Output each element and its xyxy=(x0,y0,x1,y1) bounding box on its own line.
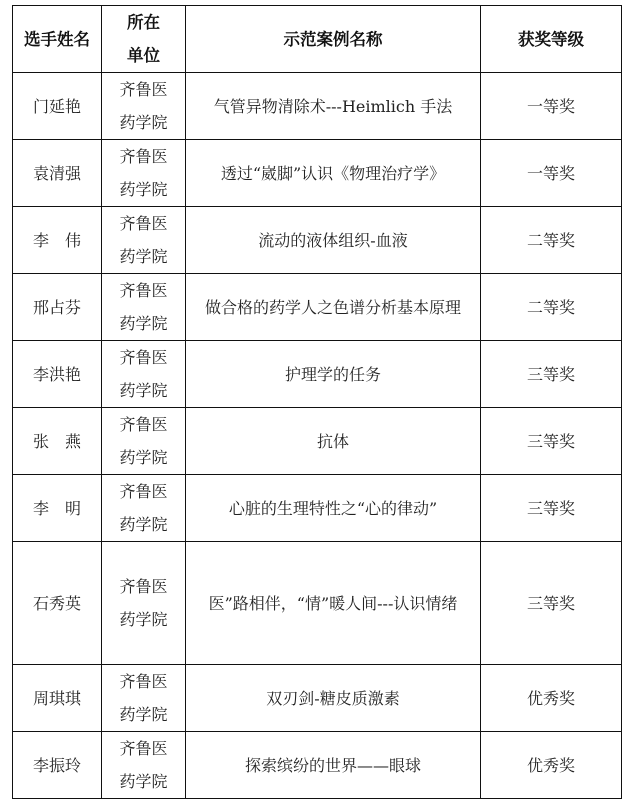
cell-unit: 齐鲁医药学院 xyxy=(102,542,186,665)
cell-award: 三等奖 xyxy=(481,408,622,475)
cell-name: 李 明 xyxy=(13,475,102,542)
cell-case: 双刃剑-糖皮质激素 xyxy=(186,665,481,732)
unit-line2: 药学院 xyxy=(102,240,185,273)
unit-line1: 齐鲁医 xyxy=(102,570,185,603)
unit-line2: 药学院 xyxy=(102,173,185,206)
table-row: 周琪琪 齐鲁医药学院 双刃剑-糖皮质激素 优秀奖 xyxy=(13,665,622,732)
cell-unit: 齐鲁医药学院 xyxy=(102,73,186,140)
award-table: 选手姓名 所在 单位 示范案例名称 获奖等级 门延艳 齐鲁医药学院 气管异物清除… xyxy=(12,5,622,799)
unit-line2: 药学院 xyxy=(102,765,185,798)
unit-line2: 药学院 xyxy=(102,307,185,340)
unit-line1: 齐鲁医 xyxy=(102,73,185,106)
cell-name: 李洪艳 xyxy=(13,341,102,408)
cell-award: 二等奖 xyxy=(481,207,622,274)
cell-name: 李 伟 xyxy=(13,207,102,274)
header-unit-line2: 单位 xyxy=(102,39,185,72)
cell-award: 三等奖 xyxy=(481,542,622,665)
unit-line2: 药学院 xyxy=(102,603,185,636)
cell-name: 门延艳 xyxy=(13,73,102,140)
cell-name: 李振玲 xyxy=(13,732,102,799)
unit-line1: 齐鲁医 xyxy=(102,274,185,307)
table-row: 石秀英 齐鲁医药学院 医”路相伴，“情”暖人间---认识情绪 三等奖 xyxy=(13,542,622,665)
header-award: 获奖等级 xyxy=(481,6,622,73)
unit-line1: 齐鲁医 xyxy=(102,732,185,765)
table-row: 李 伟 齐鲁医药学院 流动的液体组织-血液 二等奖 xyxy=(13,207,622,274)
cell-case: 气管异物清除术---Heimlich 手法 xyxy=(186,73,481,140)
cell-award: 三等奖 xyxy=(481,341,622,408)
cell-unit: 齐鲁医药学院 xyxy=(102,341,186,408)
cell-case: 做合格的药学人之色谱分析基本原理 xyxy=(186,274,481,341)
cell-name: 周琪琪 xyxy=(13,665,102,732)
table-row: 门延艳 齐鲁医药学院 气管异物清除术---Heimlich 手法 一等奖 xyxy=(13,73,622,140)
cell-case: 护理学的任务 xyxy=(186,341,481,408)
cell-unit: 齐鲁医药学院 xyxy=(102,274,186,341)
unit-line2: 药学院 xyxy=(102,441,185,474)
table-row: 袁清强 齐鲁医药学院 透过“崴脚”认识《物理治疗学》 一等奖 xyxy=(13,140,622,207)
cell-case: 流动的液体组织-血液 xyxy=(186,207,481,274)
cell-case: 心脏的生理特性之“心的律动” xyxy=(186,475,481,542)
cell-award: 一等奖 xyxy=(481,73,622,140)
header-row: 选手姓名 所在 单位 示范案例名称 获奖等级 xyxy=(13,6,622,73)
cell-award: 优秀奖 xyxy=(481,732,622,799)
cell-unit: 齐鲁医药学院 xyxy=(102,207,186,274)
table-row: 张 燕 齐鲁医药学院 抗体 三等奖 xyxy=(13,408,622,475)
header-name: 选手姓名 xyxy=(13,6,102,73)
unit-line1: 齐鲁医 xyxy=(102,475,185,508)
cell-award: 优秀奖 xyxy=(481,665,622,732)
unit-line1: 齐鲁医 xyxy=(102,408,185,441)
table-row: 李 明 齐鲁医药学院 心脏的生理特性之“心的律动” 三等奖 xyxy=(13,475,622,542)
cell-case: 透过“崴脚”认识《物理治疗学》 xyxy=(186,140,481,207)
cell-name: 袁清强 xyxy=(13,140,102,207)
cell-case: 抗体 xyxy=(186,408,481,475)
unit-line1: 齐鲁医 xyxy=(102,140,185,173)
header-unit: 所在 单位 xyxy=(102,6,186,73)
cell-unit: 齐鲁医药学院 xyxy=(102,408,186,475)
unit-line1: 齐鲁医 xyxy=(102,207,185,240)
unit-line2: 药学院 xyxy=(102,698,185,731)
header-case: 示范案例名称 xyxy=(186,6,481,73)
cell-name: 张 燕 xyxy=(13,408,102,475)
header-unit-line1: 所在 xyxy=(102,6,185,39)
unit-line2: 药学院 xyxy=(102,374,185,407)
unit-line2: 药学院 xyxy=(102,106,185,139)
cell-unit: 齐鲁医药学院 xyxy=(102,475,186,542)
cell-award: 一等奖 xyxy=(481,140,622,207)
table-row: 李振玲 齐鲁医药学院 探索缤纷的世界——眼球 优秀奖 xyxy=(13,732,622,799)
cell-name: 邢占芬 xyxy=(13,274,102,341)
cell-unit: 齐鲁医药学院 xyxy=(102,665,186,732)
cell-award: 二等奖 xyxy=(481,274,622,341)
table-row: 邢占芬 齐鲁医药学院 做合格的药学人之色谱分析基本原理 二等奖 xyxy=(13,274,622,341)
cell-unit: 齐鲁医药学院 xyxy=(102,140,186,207)
unit-line2: 药学院 xyxy=(102,508,185,541)
cell-name: 石秀英 xyxy=(13,542,102,665)
cell-unit: 齐鲁医药学院 xyxy=(102,732,186,799)
table-row: 李洪艳 齐鲁医药学院 护理学的任务 三等奖 xyxy=(13,341,622,408)
unit-line1: 齐鲁医 xyxy=(102,341,185,374)
cell-award: 三等奖 xyxy=(481,475,622,542)
cell-case: 探索缤纷的世界——眼球 xyxy=(186,732,481,799)
cell-case: 医”路相伴，“情”暖人间---认识情绪 xyxy=(186,542,481,665)
unit-line1: 齐鲁医 xyxy=(102,665,185,698)
